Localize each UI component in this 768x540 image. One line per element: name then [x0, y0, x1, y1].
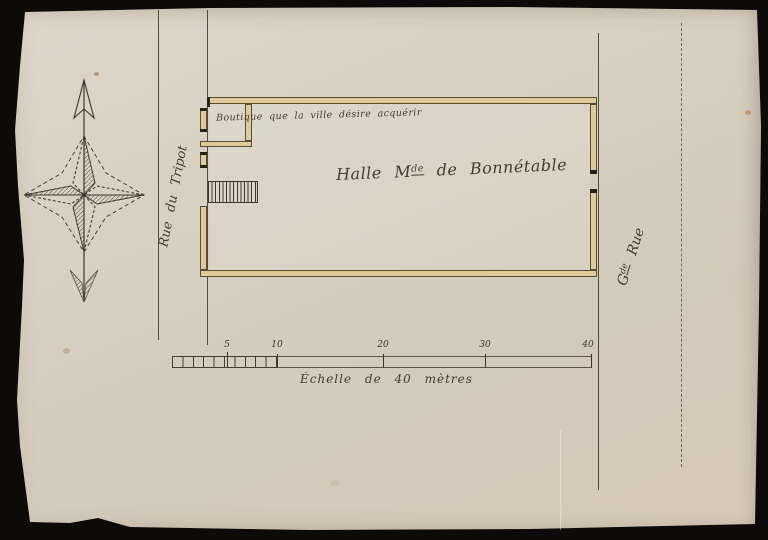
top-wall: [209, 97, 597, 104]
scale-caption-text: Échelle de 40 mètres: [300, 372, 473, 386]
scale-tick-10: [277, 354, 278, 368]
street-line-left-inner: [207, 10, 208, 345]
paper-stain: [745, 110, 751, 115]
right-wall-upper: [590, 104, 597, 174]
scanned-plan-document: Boutique que la ville désire acquérir Ha…: [0, 0, 768, 540]
door-jamb-cap: [200, 165, 207, 168]
scale-caption: Échelle de 40 mètres: [300, 372, 473, 386]
staircase: [208, 181, 258, 203]
boutique-bottom-wall: [200, 141, 252, 147]
street-line-right-inner: [598, 33, 599, 490]
street-line-left-outer: [158, 10, 159, 340]
paper-crease: [560, 430, 561, 530]
scale-bar-subdivided-box: [172, 356, 277, 368]
left-wall-lower: [200, 206, 207, 270]
scale-tick-label: 5: [224, 340, 230, 350]
compass-rose-icon: [16, 74, 152, 310]
street-line-right-outer: [681, 23, 682, 467]
scale-tick-40: [591, 354, 592, 368]
hall-interior: [209, 104, 590, 270]
door-jamb-cap: [200, 152, 207, 155]
paper-stain: [330, 480, 340, 486]
scale-bar-top-line: [277, 356, 592, 357]
hall-label-superscript: de: [411, 163, 424, 176]
bottom-wall: [200, 270, 597, 277]
scale-tick-30: [485, 354, 486, 368]
door-jamb-cap: [200, 108, 207, 111]
paper-stain: [63, 348, 70, 354]
top-wall-end-cap: [207, 97, 210, 107]
scale-tick-20: [383, 354, 384, 368]
right-wall-lower: [590, 189, 597, 270]
scale-tick-label: 30: [479, 340, 490, 350]
scale-bar-bottom-line: [277, 367, 592, 368]
scale-tick-5: [227, 352, 228, 368]
scale-tick-label: 10: [271, 340, 282, 350]
door-jamb-cap: [590, 189, 597, 193]
scale-tick-label: 20: [377, 340, 388, 350]
scale-tick-label: 40: [582, 340, 593, 350]
door-jamb-cap: [590, 170, 597, 174]
hall-label-prefix: Halle M: [336, 162, 412, 184]
